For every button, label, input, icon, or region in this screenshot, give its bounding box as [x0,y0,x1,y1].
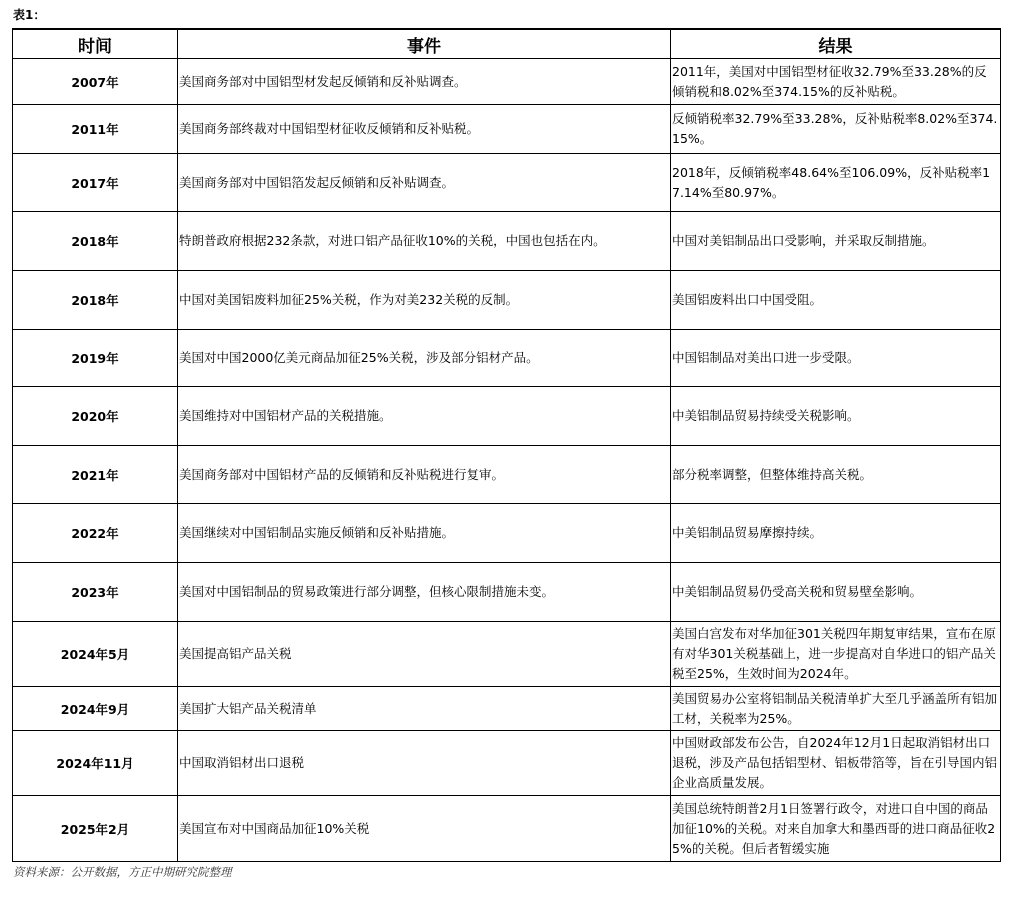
table-row: 2022年美国继续对中国铝制品实施反倾销和反补贴措施。中美铝制品贸易摩擦持续。 [13,504,1001,563]
table-row: 2024年5月美国提高铝产品关税美国白宫发布对华加征301关税四年期复审结果，宣… [13,622,1001,687]
time-cell: 2018年 [13,271,178,330]
table-row: 2007年美国商务部对中国铝型材发起反倾销和反补贴调查。2011年，美国对中国铝… [13,59,1001,105]
time-cell: 2020年 [13,387,178,446]
event-cell: 美国商务部对中国铝箔发起反倾销和反补贴调查。 [178,154,671,212]
result-cell: 美国贸易办公室将铝制品关税清单扩大至几乎涵盖所有铝加工材，关税率为25%。 [671,687,1001,731]
event-cell: 美国继续对中国铝制品实施反倾销和反补贴措施。 [178,504,671,563]
table-row: 2024年9月美国扩大铝产品关税清单美国贸易办公室将铝制品关税清单扩大至几乎涵盖… [13,687,1001,731]
result-cell: 中美铝制品贸易摩擦持续。 [671,504,1001,563]
event-cell: 美国商务部终裁对中国铝型材征收反倾销和反补贴税。 [178,105,671,154]
result-cell: 2018年，反倾销税率48.64%至106.09%，反补贴税率17.14%至80… [671,154,1001,212]
table-row: 2023年美国对中国铝制品的贸易政策进行部分调整，但核心限制措施未变。中美铝制品… [13,563,1001,622]
table-row: 2024年11月中国取消铝材出口退税中国财政部发布公告，自2024年12月1日起… [13,731,1001,796]
result-cell: 美国白宫发布对华加征301关税四年期复审结果，宣布在原有对华301关税基础上，进… [671,622,1001,687]
table-header-row: 时间 事件 结果 [13,29,1001,59]
source-note: 资料来源：公开数据，方正中期研究院整理 [13,864,232,880]
event-cell: 特朗普政府根据232条款，对进口铝产品征收10%的关税，中国也包括在内。 [178,212,671,271]
time-cell: 2022年 [13,504,178,563]
result-cell: 中国铝制品对美出口进一步受限。 [671,330,1001,387]
time-cell: 2024年11月 [13,731,178,796]
time-cell: 2017年 [13,154,178,212]
table-row: 2018年中国对美国铝废料加征25%关税，作为对美232关税的反制。美国铝废料出… [13,271,1001,330]
result-cell: 中美铝制品贸易持续受关税影响。 [671,387,1001,446]
header-event: 事件 [178,29,671,59]
event-cell: 美国宣布对中国商品加征10%关税 [178,796,671,862]
result-cell: 美国铝废料出口中国受阻。 [671,271,1001,330]
event-cell: 美国维持对中国铝材产品的关税措施。 [178,387,671,446]
result-cell: 中国对美铝制品出口受影响，并采取反制措施。 [671,212,1001,271]
result-cell: 部分税率调整，但整体维持高关税。 [671,446,1001,504]
event-cell: 美国提高铝产品关税 [178,622,671,687]
time-cell: 2024年5月 [13,622,178,687]
event-cell: 美国对中国2000亿美元商品加征25%关税，涉及部分铝材产品。 [178,330,671,387]
table-row: 2017年美国商务部对中国铝箔发起反倾销和反补贴调查。2018年，反倾销税率48… [13,154,1001,212]
event-cell: 中国取消铝材出口退税 [178,731,671,796]
event-cell: 美国商务部对中国铝型材发起反倾销和反补贴调查。 [178,59,671,105]
table-row: 2011年美国商务部终裁对中国铝型材征收反倾销和反补贴税。反倾销税率32.79%… [13,105,1001,154]
time-cell: 2023年 [13,563,178,622]
result-cell: 美国总统特朗普2月1日签署行政令，对进口自中国的商品加征10%的关税。对来自加拿… [671,796,1001,862]
table-row: 2020年美国维持对中国铝材产品的关税措施。中美铝制品贸易持续受关税影响。 [13,387,1001,446]
result-cell: 2011年，美国对中国铝型材征收32.79%至33.28%的反倾销税和8.02%… [671,59,1001,105]
time-cell: 2021年 [13,446,178,504]
result-cell: 中美铝制品贸易仍受高关税和贸易壁垒影响。 [671,563,1001,622]
table-caption: 表1： [13,6,45,23]
result-cell: 中国财政部发布公告，自2024年12月1日起取消铝材出口退税，涉及产品包括铝型材… [671,731,1001,796]
table-row: 2019年美国对中国2000亿美元商品加征25%关税，涉及部分铝材产品。中国铝制… [13,330,1001,387]
time-cell: 2025年2月 [13,796,178,862]
result-cell: 反倾销税率32.79%至33.28%，反补贴税率8.02%至374.15%。 [671,105,1001,154]
time-cell: 2024年9月 [13,687,178,731]
event-cell: 美国对中国铝制品的贸易政策进行部分调整，但核心限制措施未变。 [178,563,671,622]
table-row: 2021年美国商务部对中国铝材产品的反倾销和反补贴税进行复审。部分税率调整，但整… [13,446,1001,504]
tariff-events-table: 时间 事件 结果 2007年美国商务部对中国铝型材发起反倾销和反补贴调查。201… [12,28,1001,862]
event-cell: 中国对美国铝废料加征25%关税，作为对美232关税的反制。 [178,271,671,330]
time-cell: 2007年 [13,59,178,105]
header-result: 结果 [671,29,1001,59]
time-cell: 2018年 [13,212,178,271]
time-cell: 2011年 [13,105,178,154]
event-cell: 美国扩大铝产品关税清单 [178,687,671,731]
header-time: 时间 [13,29,178,59]
table-row: 2018年特朗普政府根据232条款，对进口铝产品征收10%的关税，中国也包括在内… [13,212,1001,271]
event-cell: 美国商务部对中国铝材产品的反倾销和反补贴税进行复审。 [178,446,671,504]
time-cell: 2019年 [13,330,178,387]
table-row: 2025年2月美国宣布对中国商品加征10%关税美国总统特朗普2月1日签署行政令，… [13,796,1001,862]
